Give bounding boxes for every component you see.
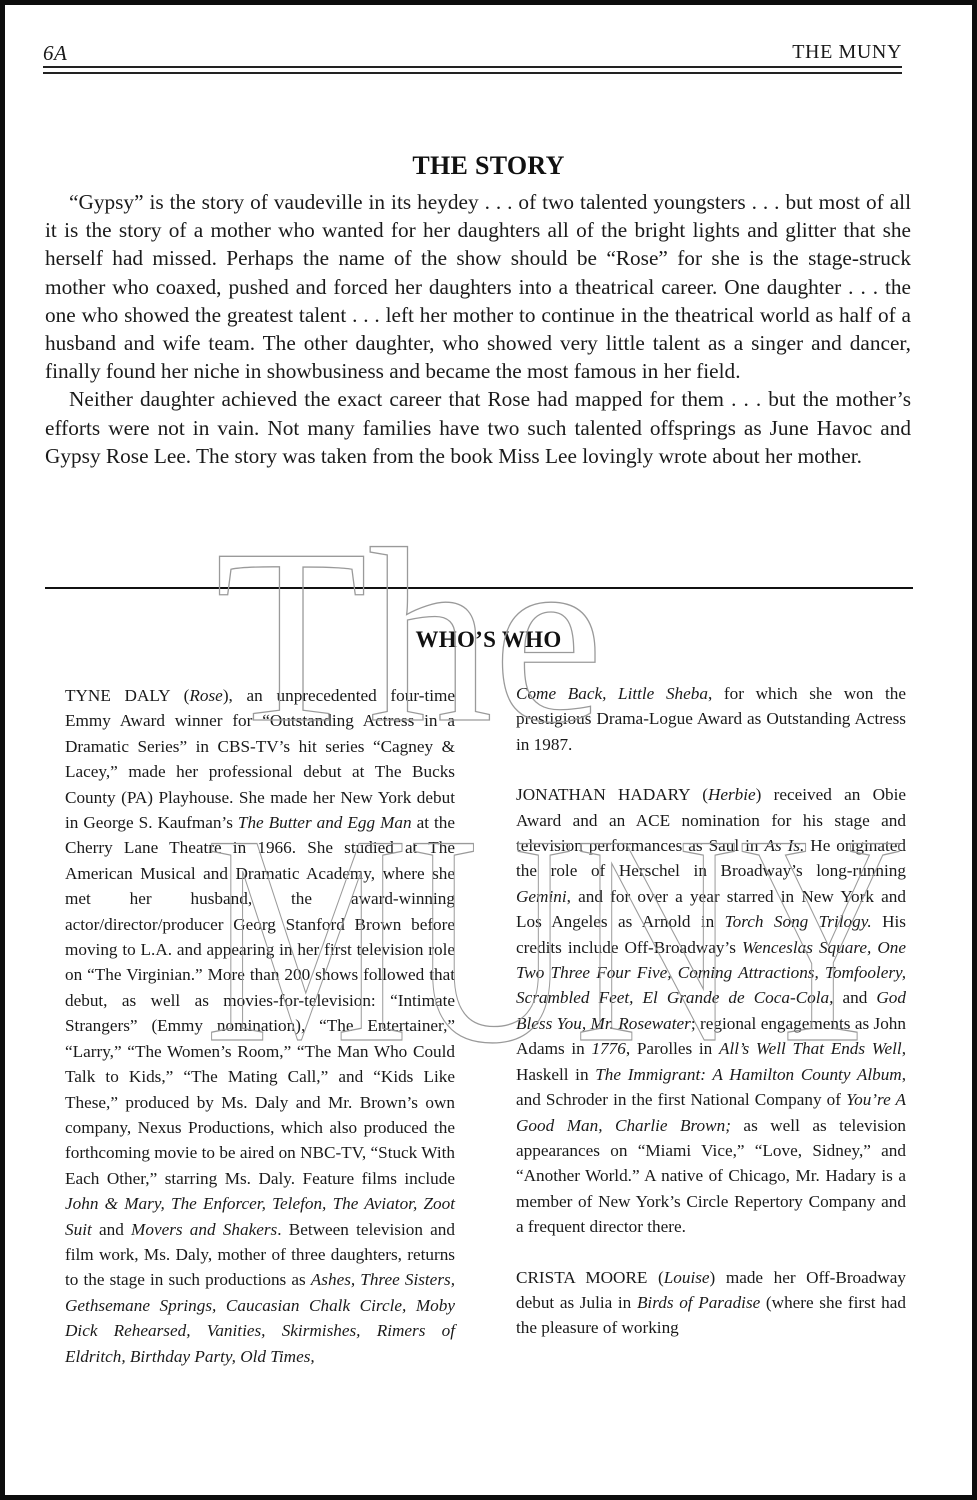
story-paragraph: “Gypsy” is the story of vaudeville in it… — [45, 188, 911, 385]
bio-work-title: Torch Song Trilogy. — [725, 912, 872, 931]
bio-text: , Parolles in — [626, 1039, 719, 1058]
bio-crista-moore: CRISTA MOORE (Louise) made her Off-Broad… — [516, 1265, 906, 1341]
bio-stage-title: Come Back, Little Sheba — [516, 684, 708, 703]
bio-name: JONATHAN HADARY — [516, 785, 690, 804]
bio-name: TYNE DALY — [65, 686, 170, 705]
story-heading: THE STORY — [5, 151, 972, 181]
bio-column-right: and Come Back, Little Sheba, for which s… — [516, 683, 906, 1366]
bio-jonathan-hadary: JONATHAN HADARY (Herbie) received an Obi… — [516, 782, 906, 1239]
bio-name: CRISTA MOORE — [516, 1268, 647, 1287]
bio-work-title: The Butter and Egg Man — [238, 813, 412, 832]
header-double-rule — [43, 66, 902, 74]
page-number: 6A — [43, 41, 67, 66]
bio-film-title: Movers and Shakers — [131, 1220, 277, 1239]
section-divider — [45, 587, 913, 589]
bio-work-title: All’s Well That Ends Well — [719, 1039, 902, 1058]
bio-work-title: The Immigrant: A Hamilton County Album — [595, 1065, 901, 1084]
publication-title: THE MUNY — [792, 41, 902, 64]
bio-text: and — [833, 988, 876, 1007]
bio-role: Rose — [189, 686, 222, 705]
whos-who-heading: WHO’S WHO — [5, 627, 972, 653]
bio-work-title: Birds of Paradise — [637, 1293, 760, 1312]
bio-work-title: As Is. — [764, 836, 804, 855]
bio-work-title: Gemini — [516, 887, 567, 906]
bio-work-title: 1776 — [591, 1039, 625, 1058]
story-body: “Gypsy” is the story of vaudeville in it… — [45, 188, 911, 470]
bio-text: ), an unprecedented four-time Emmy Award… — [65, 686, 455, 832]
page: 6A THE MUNY THE STORY “Gypsy” is the sto… — [0, 0, 977, 1500]
bio-tyne-daly: TYNE DALY (Rose), an unprecedented four-… — [65, 683, 455, 1369]
bio-role: Herbie — [708, 785, 756, 804]
bio-text: and — [92, 1220, 131, 1239]
running-head: 6A THE MUNY — [43, 39, 902, 69]
bio-text: at the Cherry Lane Theatre in 1966. She … — [65, 813, 455, 1188]
bio-role: Louise — [664, 1268, 710, 1287]
bio-tyne-daly-continued: and Come Back, Little Sheba, for which s… — [516, 681, 906, 757]
bio-column-left: TYNE DALY (Rose), an unprecedented four-… — [65, 683, 455, 1394]
story-paragraph: Neither daughter achieved the exact care… — [45, 385, 911, 470]
